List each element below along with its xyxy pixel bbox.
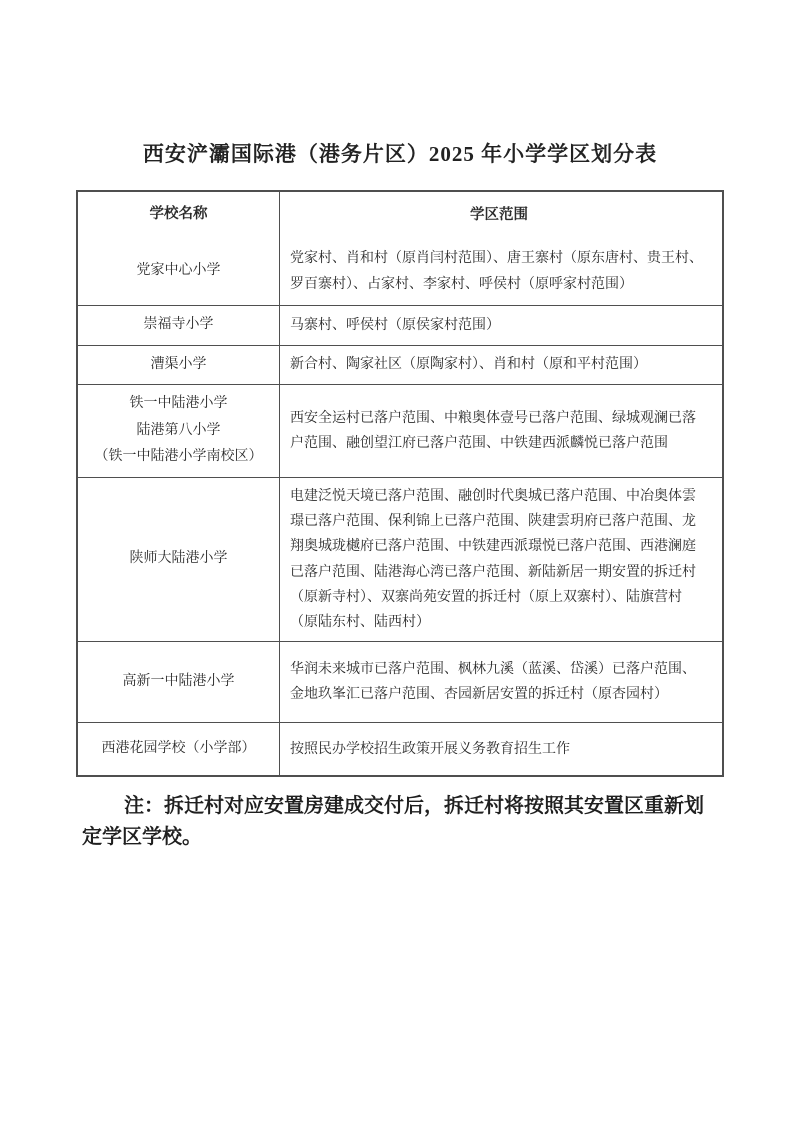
school-name-cell: 铁一中陆港小学陆港第八小学（铁一中陆港小学南校区） bbox=[78, 385, 280, 477]
district-range-text: 按照民办学校招生政策开展义务教育招生工作 bbox=[290, 737, 570, 762]
district-range-text: 马寨村、呼侯村（原侯家村范围） bbox=[290, 313, 500, 338]
district-range-text: 西安全运村已落户范围、中粮奥体壹号已落户范围、绿城观澜已落户范围、融创望江府已落… bbox=[290, 406, 708, 456]
district-range-text: 新合村、陶家社区（原陶家村）、肖和村（原和平村范围） bbox=[290, 352, 647, 377]
column-header-school-name: 学校名称 bbox=[78, 192, 280, 238]
school-name-cell: 漕渠小学 bbox=[78, 346, 280, 385]
footnote: 注：拆迁村对应安置房建成交付后，拆迁村将按照其安置区重新划定学区学校。 bbox=[82, 791, 718, 853]
table-row: 崇福寺小学马寨村、呼侯村（原侯家村范围） bbox=[78, 305, 722, 345]
school-name-line: 高新一中陆港小学 bbox=[123, 669, 235, 696]
table-row: 陕师大陆港小学电建泛悦天境已落户范围、融创时代奥城已落户范围、中冶奥体雲璟已落户… bbox=[78, 477, 722, 641]
school-name-line: 崇福寺小学 bbox=[144, 312, 214, 339]
table-body: 党家中心小学党家村、肖和村（原肖闫村范围）、唐王寨村（原东唐村、贵王村、罗百寨村… bbox=[78, 238, 722, 775]
table-row: 漕渠小学新合村、陶家社区（原陶家村）、肖和村（原和平村范围） bbox=[78, 345, 722, 385]
school-name-cell: 高新一中陆港小学 bbox=[78, 642, 280, 722]
school-name-line: 西港花园学校（小学部） bbox=[102, 736, 256, 763]
district-range-cell: 按照民办学校招生政策开展义务教育招生工作 bbox=[280, 723, 722, 775]
school-name-cell: 陕师大陆港小学 bbox=[78, 478, 280, 641]
school-name-cell: 党家中心小学 bbox=[78, 238, 280, 305]
district-range-cell: 新合村、陶家社区（原陶家村）、肖和村（原和平村范围） bbox=[280, 346, 722, 385]
school-name-line: 陕师大陆港小学 bbox=[130, 546, 228, 573]
district-range-cell: 西安全运村已落户范围、中粮奥体壹号已落户范围、绿城观澜已落户范围、融创望江府已落… bbox=[280, 385, 722, 477]
table-row: 铁一中陆港小学陆港第八小学（铁一中陆港小学南校区）西安全运村已落户范围、中粮奥体… bbox=[78, 384, 722, 477]
table-row: 高新一中陆港小学华润未来城市已落户范围、枫林九溪（蓝溪、岱溪）已落户范围、金地玖… bbox=[78, 641, 722, 722]
table-row: 党家中心小学党家村、肖和村（原肖闫村范围）、唐王寨村（原东唐村、贵王村、罗百寨村… bbox=[78, 238, 722, 305]
page-title: 西安浐灞国际港（港务片区）2025 年小学学区划分表 bbox=[0, 138, 800, 168]
table-row: 西港花园学校（小学部）按照民办学校招生政策开展义务教育招生工作 bbox=[78, 722, 722, 775]
school-name-cell: 崇福寺小学 bbox=[78, 306, 280, 345]
column-header-district-range: 学区范围 bbox=[280, 192, 722, 238]
district-range-cell: 党家村、肖和村（原肖闫村范围）、唐王寨村（原东唐村、贵王村、罗百寨村）、占家村、… bbox=[280, 238, 722, 305]
school-name-line: 漕渠小学 bbox=[151, 352, 207, 379]
document-page: 西安浐灞国际港（港务片区）2025 年小学学区划分表 学校名称 学区范围 党家中… bbox=[0, 0, 800, 1131]
district-range-text: 华润未来城市已落户范围、枫林九溪（蓝溪、岱溪）已落户范围、金地玖峯汇已落户范围、… bbox=[290, 657, 708, 707]
school-name-line: 陆港第八小学 bbox=[137, 418, 221, 445]
school-name-line: （铁一中陆港小学南校区） bbox=[95, 444, 263, 471]
district-range-cell: 电建泛悦天境已落户范围、融创时代奥城已落户范围、中冶奥体雲璟已落户范围、保利锦上… bbox=[280, 478, 722, 641]
school-name-line: 党家中心小学 bbox=[137, 258, 221, 285]
school-district-table: 学校名称 学区范围 党家中心小学党家村、肖和村（原肖闫村范围）、唐王寨村（原东唐… bbox=[76, 190, 724, 777]
district-range-text: 党家村、肖和村（原肖闫村范围）、唐王寨村（原东唐村、贵王村、罗百寨村）、占家村、… bbox=[290, 246, 708, 296]
district-range-cell: 马寨村、呼侯村（原侯家村范围） bbox=[280, 306, 722, 345]
district-range-text: 电建泛悦天境已落户范围、融创时代奥城已落户范围、中冶奥体雲璟已落户范围、保利锦上… bbox=[290, 484, 708, 635]
table-header-row: 学校名称 学区范围 bbox=[78, 192, 722, 238]
school-name-line: 铁一中陆港小学 bbox=[130, 391, 228, 418]
district-range-cell: 华润未来城市已落户范围、枫林九溪（蓝溪、岱溪）已落户范围、金地玖峯汇已落户范围、… bbox=[280, 642, 722, 722]
school-name-cell: 西港花园学校（小学部） bbox=[78, 723, 280, 775]
